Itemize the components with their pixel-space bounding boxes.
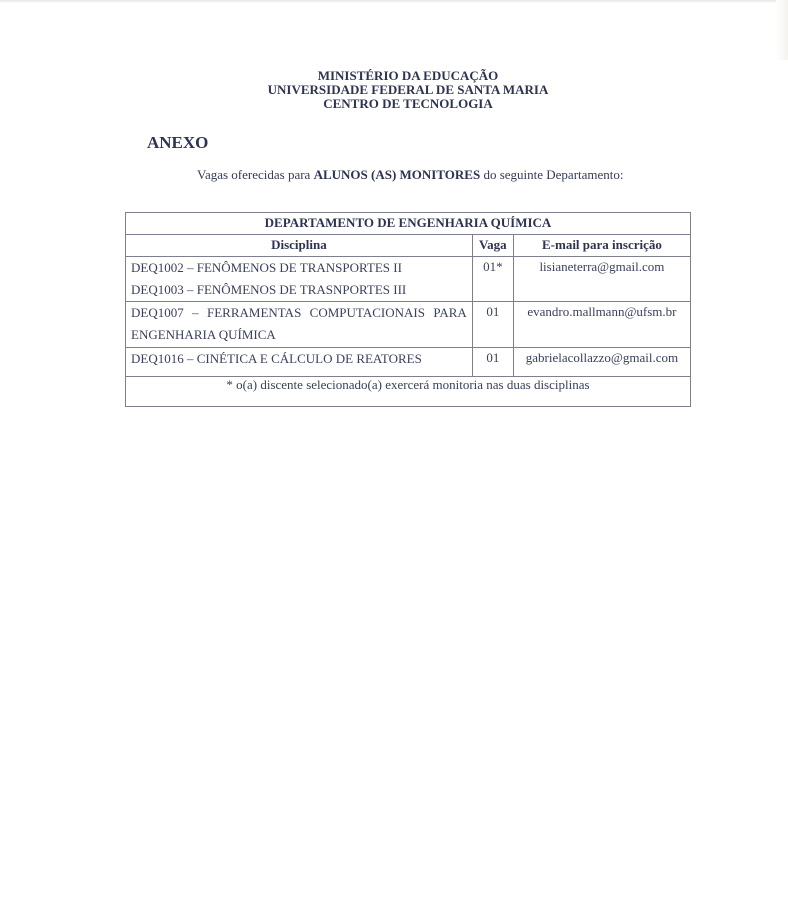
intro-emphasis: ALUNOS (AS) MONITORES (314, 167, 481, 182)
intro-suffix: do seguinte Departamento: (480, 167, 623, 182)
discipline-name: DEQ1016 – CINÉTICA E CÁLCULO DE REATORES (131, 348, 467, 370)
vacancies-table: DEPARTAMENTO DE ENGENHARIA QUÍMICA Disci… (125, 212, 691, 407)
intro-prefix: Vagas oferecidas para (197, 167, 314, 182)
scan-edge-right (776, 0, 788, 60)
department-name: DEPARTAMENTO DE ENGENHARIA QUÍMICA (126, 213, 691, 235)
vaga-cell: 01 (472, 348, 513, 377)
discipline-name: DEQ1003 – FENÔMENOS DE TRASNPORTES III (131, 279, 467, 301)
email-cell: gabrielacollazzo@gmail.com (513, 348, 690, 377)
vaga-cell: 01 (472, 302, 513, 348)
footnote-row: * o(a) discente selecionado(a) exercerá … (126, 377, 691, 407)
column-header-discipline: Disciplina (126, 235, 473, 257)
email-cell: evandro.mallmann@ufsm.br (513, 302, 690, 348)
column-header-email: E-mail para inscrição (513, 235, 690, 257)
annex-title: ANEXO (147, 133, 208, 153)
document-header: MINISTÉRIO DA EDUCAÇÃO UNIVERSIDADE FEDE… (0, 69, 788, 111)
email-cell: lisianeterra@gmail.com (513, 257, 690, 302)
table-row: DEQ1007 – FERRAMENTAS COMPUTACIONAIS PAR… (126, 302, 691, 348)
discipline-cell: DEQ1007 – FERRAMENTAS COMPUTACIONAIS PAR… (126, 302, 473, 348)
column-header-vaga: Vaga (472, 235, 513, 257)
discipline-name-continued: ENGENHARIA QUÍMICA (131, 324, 467, 346)
table-row: DEQ1016 – CINÉTICA E CÁLCULO DE REATORES… (126, 348, 691, 377)
discipline-cell: DEQ1002 – FENÔMENOS DE TRANSPORTES II DE… (126, 257, 473, 302)
intro-text: Vagas oferecidas para ALUNOS (AS) MONITO… (197, 167, 624, 183)
table-header-row: Disciplina Vaga E-mail para inscrição (126, 235, 691, 257)
vaga-cell: 01* (472, 257, 513, 302)
discipline-cell: DEQ1016 – CINÉTICA E CÁLCULO DE REATORES (126, 348, 473, 377)
header-center: CENTRO DE TECNOLOGIA (0, 97, 788, 111)
footnote: * o(a) discente selecionado(a) exercerá … (126, 377, 691, 407)
department-row: DEPARTAMENTO DE ENGENHARIA QUÍMICA (126, 213, 691, 235)
header-ministry: MINISTÉRIO DA EDUCAÇÃO (0, 69, 788, 83)
header-university: UNIVERSIDADE FEDERAL DE SANTA MARIA (0, 83, 788, 97)
table-row: DEQ1002 – FENÔMENOS DE TRANSPORTES II DE… (126, 257, 691, 302)
discipline-name: DEQ1007 – FERRAMENTAS COMPUTACIONAIS PAR… (131, 302, 467, 324)
discipline-name: DEQ1002 – FENÔMENOS DE TRANSPORTES II (131, 257, 467, 279)
scan-edge-top (0, 0, 788, 3)
